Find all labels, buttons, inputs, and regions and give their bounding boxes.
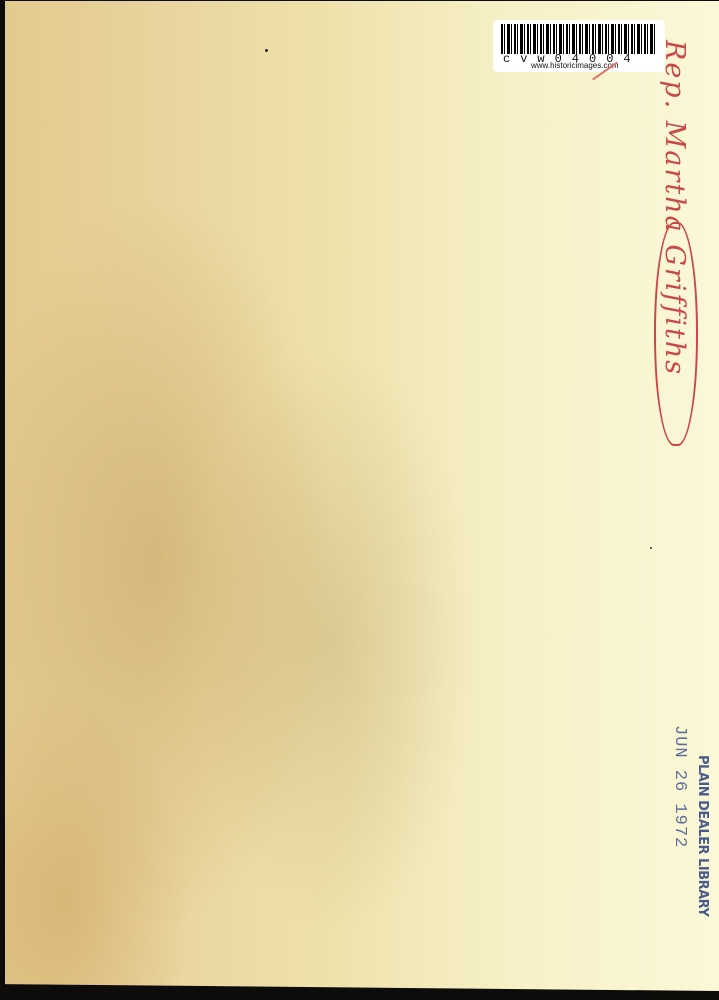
- stamp-library-name: PLAIN DEALER LIBRARY: [695, 755, 710, 916]
- dust-speck: [265, 49, 268, 52]
- photo-back-paper: [5, 1, 719, 991]
- dust-speck: [650, 547, 652, 549]
- barcode-bars: [501, 24, 657, 54]
- barcode-label: cvw04004 www.historicimages.com: [493, 20, 665, 72]
- handwritten-note: Rep. Martha Griffiths: [650, 40, 690, 400]
- stamp-date: JUN 26 1972: [670, 725, 689, 916]
- library-stamp: PLAIN DEALER LIBRARY JUN 26 1972: [670, 755, 710, 916]
- handwritten-note-text: Rep. Martha Griffiths: [659, 40, 690, 376]
